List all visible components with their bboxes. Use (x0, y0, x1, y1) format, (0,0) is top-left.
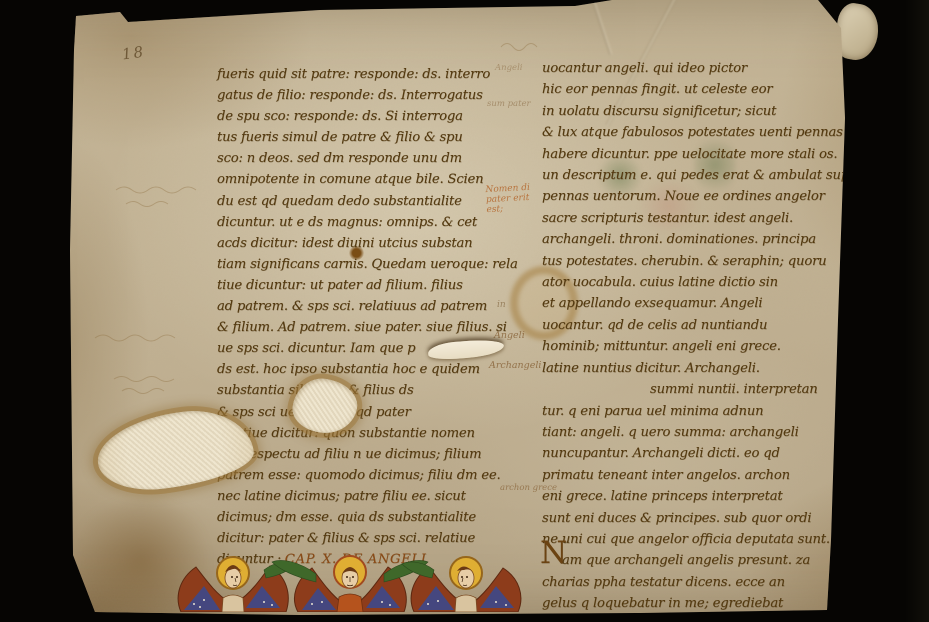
parchment-leaf: 18 fueris quid sit patre: responde: ds. … (0, 0, 929, 622)
text-line: nec latine dicimus; patre filiu ee. sicu… (217, 486, 507, 507)
text-line: primatu teneant inter angelos. archon (542, 465, 848, 486)
text-line: patrem esse: quomodo dicimus; filiu dm e… (217, 465, 507, 486)
edge-stain (58, 478, 72, 504)
angels-illustration (176, 552, 528, 612)
text-line: tiant: angeli. q uero summa: archangeli (542, 422, 848, 443)
text-line: fueris quid sit patre: responde: ds. int… (217, 64, 507, 85)
crease-line (591, 0, 612, 55)
initial-n: N (540, 543, 567, 564)
text-line: hominib; mittuntur. angeli eni grece. (542, 336, 848, 357)
text-line: & filium. Ad patrem. siue pater. siue fi… (217, 317, 507, 338)
text-line: et appellando exsequamur. Angeli (542, 293, 848, 314)
text-line: sed respectu ad filiu n ue dicimus; fili… (217, 444, 507, 465)
text-line: ad patrem. & sps sci. relatiuus ad patre… (217, 296, 507, 317)
text-line: pennas uentorum. Noue ee ordines angelor (542, 186, 848, 207)
text-line: summi nuntii. interpretan (542, 379, 848, 400)
text-line: N am que archangeli angelis presunt. za (542, 550, 848, 571)
faint-marginalia (112, 182, 204, 216)
text-line: uocantur. qd de celis ad nuntiandu (542, 315, 848, 336)
text-line: tus potestates. cherubin. & seraphin; qu… (542, 251, 848, 272)
angel-right (402, 557, 521, 612)
text-line: & sps sci uero ds. eo qd pater (217, 402, 507, 423)
text-line: tus fueris simul de patre & filio & spu (217, 127, 507, 148)
text-line: gelus q loquebatur in me; egrediebat (542, 593, 848, 614)
text-line: dicitur: pater & filius & sps sci. relat… (217, 528, 507, 549)
text-line: acds dicitur: idest diuini utcius substa… (217, 233, 507, 254)
text-line: sacre scripturis testantur. idest angeli… (542, 208, 848, 229)
text-line: tur. q eni parua uel minima adnun (542, 401, 848, 422)
text-line: eni grece. latine princeps interpretat (542, 486, 848, 507)
text-line: tiue dicuntur: ut pater ad filium. filiu… (217, 275, 507, 296)
faint-marginalia (110, 372, 194, 398)
text-line: omnipotente in comune atque bile. Scien (217, 169, 507, 190)
text-line: substantia sil dubio & filius ds (217, 380, 507, 401)
text-line: archangeli. throni. dominationes. princi… (542, 229, 848, 250)
faint-marginalia (92, 330, 184, 344)
slide-frame-edge (905, 0, 929, 622)
text-line: hic eor pennas fingit. ut celeste eor (542, 79, 848, 100)
text-line: du est qd quedam dedo substantialite (217, 191, 507, 212)
line-text: am que archangeli angelis presunt. za (562, 553, 810, 568)
text-line: dicimus; dm esse. quia ds substantialite (217, 507, 507, 528)
text-line: habere dicuntur. ppe uelocitate more sta… (542, 144, 848, 165)
text-line: ne uni cui que angelor officia deputata … (542, 529, 848, 550)
faint-marginalia (498, 38, 538, 54)
text-line: uocantur angeli. qui ideo pictor (542, 58, 848, 79)
left-text-column: fueris quid sit patre: responde: ds. int… (217, 64, 507, 570)
text-line: latine nuntius dicitur. Archangeli. (542, 358, 848, 379)
text-line: de spu sco: responde: ds. Si interroga (217, 106, 507, 127)
text-line: in uolatu discursu significetur; sicut (542, 101, 848, 122)
text-line: un descriptum e. qui pedes erat & ambula… (542, 165, 848, 186)
text-line: dicuntur. ut e ds magnus: omnips. & cet (217, 212, 507, 233)
text-line: nuncupantur. Archangeli dicti. eo qd (542, 443, 848, 464)
right-text-column: uocantur angeli. qui ideo pictor hic eor… (542, 58, 848, 615)
folio-number: 18 (121, 42, 146, 63)
text-line: charias ppha testatur dicens. ecce an (542, 572, 848, 593)
text-line: tiam significans carnis. Quedam ueroque:… (217, 254, 507, 275)
text-line: gatus de filio: responde: ds. Interrogat… (217, 85, 507, 106)
text-line: ds est. hoc ipso substantia hoc e quidem (217, 359, 507, 380)
text-line: & lux atque fabulosos potestates uenti p… (542, 122, 848, 143)
manuscript-photo: 18 fueris quid sit patre: responde: ds. … (0, 0, 929, 622)
text-line: relatiue dicitur: quon substantie nomen (217, 423, 507, 444)
text-line: sunt eni duces & principes. sub quor ord… (542, 508, 848, 529)
text-line: sco: n deos. sed dm responde unu dm (217, 148, 507, 169)
text-line: ator uocabula. cuius latine dictio sin (542, 272, 848, 293)
